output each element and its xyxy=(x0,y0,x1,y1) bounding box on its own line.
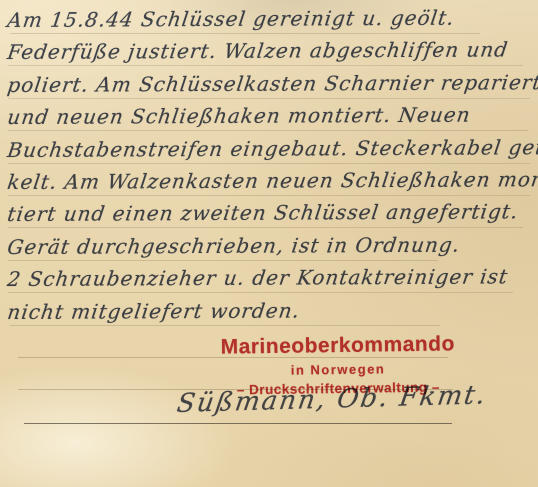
handwriting-line-2: Federfüße justiert. Walzen abgeschliffen… xyxy=(6,37,510,64)
ruled-line xyxy=(10,325,440,326)
ruled-line xyxy=(24,423,452,424)
ruled-line xyxy=(10,33,480,34)
ruled-line xyxy=(8,65,523,66)
ruled-line xyxy=(8,163,530,164)
stamp-org-name: Marineoberkommando xyxy=(220,332,456,359)
handwriting-line-3: poliert. Am Schlüsselkasten Scharnier re… xyxy=(6,70,538,97)
document-page: Am 15.8.44 Schlüssel gereinigt u. geölt.… xyxy=(0,0,538,487)
ruled-line xyxy=(8,260,438,261)
handwriting-line-10: nicht mitgeliefert worden. xyxy=(6,298,302,324)
handwriting-line-7: tiert und einen zweiten Schlüssel angefe… xyxy=(6,199,520,226)
handwriting-line-4: und neuen Schließhaken montiert. Neuen xyxy=(6,103,472,129)
ruled-line xyxy=(8,98,530,99)
stamp-location: in Norwegen xyxy=(220,360,456,378)
handwriting-line-6: kelt. Am Walzenkasten neuen Schließhaken… xyxy=(6,167,538,194)
handwriting-line-9: 2 Schraubenzieher u. der Kontaktreiniger… xyxy=(6,264,510,291)
handwriting-line-5: Buchstabenstreifen eingebaut. Steckerkab… xyxy=(6,135,538,162)
handwriting-line-8: Gerät durchgeschrieben, ist in Ordnung. xyxy=(6,233,462,259)
ruled-line xyxy=(8,130,528,131)
ruled-line xyxy=(8,195,530,196)
handwriting-line-1: Am 15.8.44 Schlüssel gereinigt u. geölt. xyxy=(6,6,456,32)
ruled-line xyxy=(8,292,513,293)
ruled-line xyxy=(8,227,523,228)
